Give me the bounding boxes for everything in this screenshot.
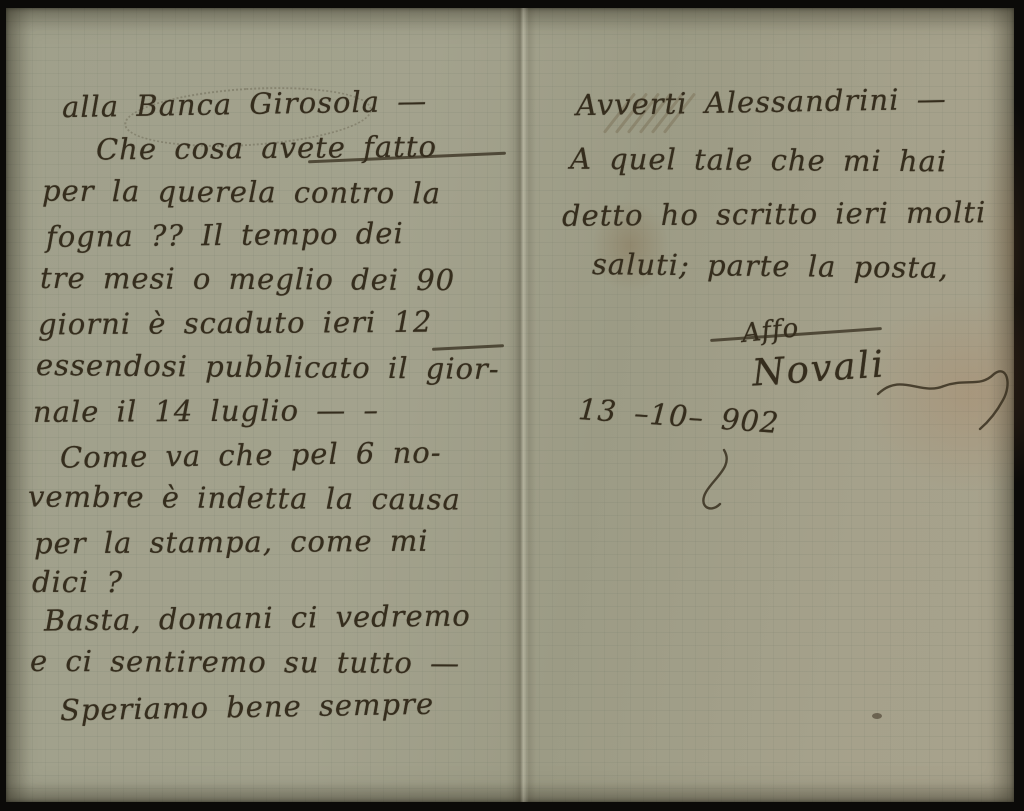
handwriting-line: Basta, domani ci vedremo — [44, 601, 471, 635]
ink-fleck — [872, 713, 882, 719]
handwriting-line: essendosi pubblicato il gior- — [36, 351, 500, 384]
handwriting-line: per la stampa, come mi — [34, 527, 429, 559]
handwriting-line: Come va che pel 6 no- — [60, 438, 442, 472]
edge-stain — [981, 98, 1024, 398]
handwriting-line: Speriamo bene sempre — [60, 690, 435, 726]
handwriting-line: alla Banca Girosola — — [62, 87, 428, 122]
date-flourish — [690, 448, 750, 528]
scanned-letter: alla Banca Girosola — Che cosa avete fat… — [0, 0, 1024, 811]
signature-flourish — [876, 356, 1016, 436]
handwriting-line: dici ? — [32, 568, 123, 597]
handwriting-line: Avverti Alessandrini — — [576, 85, 947, 120]
handwriting-line: Che cosa avete fatto — [96, 133, 437, 165]
handwriting-line: A quel tale che mi hai — [570, 145, 947, 177]
signature: Novali — [751, 345, 887, 391]
handwriting-line: vembre è indetta la causa — [28, 482, 461, 514]
crossed-out-word: Affo — [741, 315, 801, 347]
handwriting-line: fogna ?? Il tempo dei — [46, 219, 404, 252]
handwriting-line: giorni è scaduto ieri 12 — [38, 308, 433, 340]
handwriting-line: tre mesi o meglio dei 90 — [40, 264, 455, 295]
handwriting-line: per la querela contro la — [42, 177, 441, 209]
handwriting-line: nale il 14 luglio — – — [33, 396, 379, 427]
handwriting-line: detto ho scritto ieri molti — [562, 198, 987, 231]
center-fold-crease — [506, 8, 536, 802]
handwriting-line: e ci sentiremo su tutto — — [30, 647, 460, 678]
handwriting-line: saluti; parte la posta, — [592, 250, 949, 283]
